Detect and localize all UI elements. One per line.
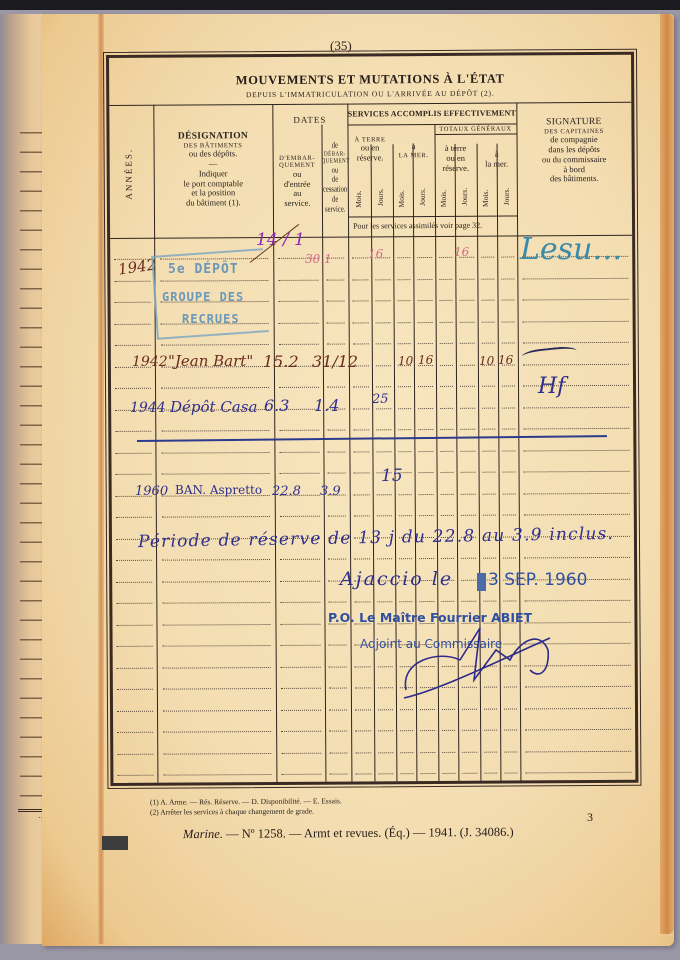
dot-leader [376, 322, 391, 323]
entry-4-embarquement: 22.8 [272, 484, 301, 499]
dot-leader [355, 666, 371, 667]
dot-leader [419, 472, 434, 473]
dot-leader [398, 343, 411, 344]
entry-4-debarquement: 3.9 [320, 484, 341, 499]
dot-leader [352, 257, 368, 258]
dot-leader [161, 430, 269, 432]
dot-leader [484, 751, 497, 752]
dot-leader [117, 732, 153, 733]
dot-leader [460, 321, 475, 322]
dot-leader [460, 407, 475, 408]
dot-leader [483, 601, 496, 602]
dot-leader [461, 601, 476, 602]
totaux-mer-line: la mer. [477, 159, 517, 169]
dot-leader [418, 451, 433, 452]
dot-leader [462, 773, 477, 774]
dot-leader [502, 386, 515, 387]
dot-leader [439, 257, 452, 258]
dot-leader [502, 450, 515, 451]
dot-leader [163, 667, 271, 669]
top-shadow [0, 0, 680, 10]
assimiles-note: Pour les services assimilés voir page 32… [353, 221, 482, 231]
stamp-line: RECRUES [182, 312, 240, 326]
dot-leader [354, 601, 370, 602]
dot-leader [440, 300, 453, 301]
dot-leader [502, 343, 515, 344]
dot-leader [417, 279, 432, 280]
dot-leader [280, 516, 320, 517]
a-terre-line: réserve. [348, 153, 393, 163]
dot-leader [523, 428, 629, 430]
dot-leader [482, 321, 495, 322]
dot-leader [163, 731, 271, 733]
dot-leader [398, 408, 411, 409]
header-totaux-mer: à la mer. [477, 149, 517, 169]
totaux-rule [434, 133, 516, 135]
dot-leader [419, 515, 434, 516]
dot-leader [279, 387, 319, 388]
dot-leader [418, 322, 433, 323]
dot-leader [163, 645, 271, 647]
header-signature: SIGNATURE DES CAPITAINES de compagnie da… [516, 117, 631, 185]
dot-leader [503, 558, 516, 559]
ruled-line [112, 600, 634, 603]
dot-leader [441, 493, 454, 494]
dot-leader [281, 688, 321, 689]
dot-leader [439, 278, 452, 279]
dot-leader [327, 430, 345, 431]
dot-leader [377, 515, 392, 516]
dot-leader [115, 388, 151, 389]
dot-leader [482, 407, 495, 408]
dot-leader [163, 753, 271, 755]
mois-label: Mois. [397, 190, 406, 207]
dot-leader [329, 709, 347, 710]
dot-leader [482, 300, 495, 301]
header-debarquement: de DÉBAR- QUEMENT ou de cessation de ser… [322, 141, 349, 215]
dot-leader [279, 344, 319, 345]
ruled-line [113, 772, 635, 775]
entry-4-designation: BAN. Aspretto [175, 483, 262, 497]
dot-leader [440, 407, 453, 408]
dot-leader [163, 688, 271, 690]
footer-marine: Marine. [183, 827, 223, 841]
dot-leader [115, 323, 151, 324]
dot-leader [482, 386, 495, 387]
date-stamp-mark [477, 573, 486, 591]
dot-leader [482, 450, 495, 451]
dot-leader [162, 473, 270, 475]
dot-leader [378, 709, 393, 710]
debarquement-line: DÉBAR- [322, 150, 349, 158]
dot-leader [440, 321, 453, 322]
dot-leader [461, 493, 476, 494]
dot-leader [420, 730, 435, 731]
dot-leader [280, 580, 320, 581]
dot-leader [162, 624, 270, 626]
header-a-la-mer: à LA MER. [393, 142, 435, 159]
dot-leader [329, 752, 347, 753]
dot-leader [398, 322, 411, 323]
dot-leader [503, 515, 516, 516]
dot-leader [353, 386, 369, 387]
dot-leader [354, 558, 370, 559]
dot-leader [116, 603, 152, 604]
dot-leader [116, 624, 152, 625]
dot-leader [482, 429, 495, 430]
dot-leader [441, 472, 454, 473]
dot-leader [281, 666, 321, 667]
dot-leader [279, 451, 319, 452]
dot-leader [161, 452, 269, 454]
dot-leader [115, 345, 151, 346]
dot-leader [399, 494, 412, 495]
entry-3-terre-jours: 25 [372, 392, 389, 407]
dot-leader [502, 429, 515, 430]
dot-leader [524, 514, 630, 516]
dot-leader [525, 772, 631, 774]
header-services: SERVICES ACCOMPLIS EFFECTIVEMENT [347, 108, 516, 118]
dot-leader [483, 493, 496, 494]
designation-line: DÉSIGNATION [153, 131, 272, 143]
embarquement-line: service. [273, 199, 322, 209]
dot-leader [326, 279, 344, 280]
dot-leader [524, 600, 630, 602]
header-annees: ANNÉES. [124, 148, 134, 200]
date-stamp: 3 SEP. 1960 [488, 570, 587, 590]
ruled-line [113, 750, 635, 753]
footer-reference: — Nº 1258. — Armt et revues. (Éq.) — 194… [223, 825, 514, 841]
dot-leader [353, 322, 369, 323]
dot-leader [117, 710, 153, 711]
dot-leader [442, 751, 455, 752]
dot-leader [281, 774, 321, 775]
dot-leader [462, 751, 477, 752]
ruled-line [112, 471, 634, 474]
dot-leader [376, 365, 391, 366]
dot-leader [354, 515, 370, 516]
totaux-terre-line: réserve. [435, 163, 477, 173]
ruled-line [111, 428, 633, 431]
dot-leader [375, 279, 390, 280]
ruled-line [111, 342, 633, 345]
dot-leader [378, 730, 393, 731]
dot-leader [377, 494, 392, 495]
stamp-line: GROUPE DES [162, 290, 244, 304]
dot-leader [279, 301, 319, 302]
header-totaux: TOTAUX GÉNÉRAUX [434, 125, 516, 133]
dot-leader [161, 387, 269, 389]
dot-leader [504, 730, 517, 731]
dot-leader [525, 750, 631, 752]
dot-leader [460, 343, 475, 344]
dot-leader [280, 623, 320, 624]
dot-leader [378, 773, 393, 774]
dot-leader [376, 343, 391, 344]
designation-line: du bâtiment (1). [154, 198, 273, 208]
dot-leader [117, 646, 153, 647]
dot-leader [329, 688, 347, 689]
dot-leader [481, 257, 494, 258]
entry-3-year: 1944 [130, 400, 166, 416]
a-la-mer-line: LA MER. [393, 152, 435, 160]
dot-leader [115, 302, 151, 303]
dot-leader [329, 731, 347, 732]
dot-leader [504, 751, 517, 752]
dot-leader [397, 257, 410, 258]
entry-2-embarquement: 15.2 [263, 352, 299, 371]
entry-1-signature: Lesu… [520, 232, 622, 267]
dot-leader [378, 666, 393, 667]
entry-3-signature: Hf [538, 374, 565, 399]
entry-2-totaux-mer-mois: 10 [479, 354, 494, 368]
dot-leader [441, 601, 454, 602]
dot-leader [329, 666, 347, 667]
entry-1-totaux-terre-jours: 16 [454, 245, 469, 259]
dot-leader [328, 516, 346, 517]
dot-leader [328, 473, 346, 474]
dot-leader [462, 730, 477, 731]
debarquement-line: de [322, 141, 349, 151]
dot-leader [398, 386, 411, 387]
dot-leader [116, 560, 152, 561]
dot-leader [376, 386, 391, 387]
dot-leader [397, 279, 410, 280]
place-date: Ajaccio le [340, 568, 453, 590]
stamp-line: 5e DÉPÔT [168, 262, 239, 277]
dot-leader [522, 277, 628, 279]
dot-leader [460, 450, 475, 451]
entry-2-mer-jours: 16 [418, 353, 433, 367]
dot-leader [440, 450, 453, 451]
dot-leader [116, 517, 152, 518]
dot-leader [399, 515, 412, 516]
header-a-terre: À TERRE ou en réserve. [348, 136, 393, 163]
dot-leader [503, 472, 516, 473]
dot-leader [353, 408, 369, 409]
jours-label: Jours. [460, 188, 469, 206]
dot-leader [461, 579, 476, 580]
dot-leader [162, 581, 270, 583]
dot-leader [441, 558, 454, 559]
dot-leader [376, 408, 391, 409]
dot-leader [503, 601, 516, 602]
signature-line: SIGNATURE [516, 117, 631, 129]
dot-leader [460, 429, 475, 430]
dot-leader [502, 300, 515, 301]
footnotes: (1) A. Arme. — Rés. Réserve. — D. Dispon… [150, 796, 342, 817]
entry-4-year: 1960 [135, 484, 168, 499]
dot-leader [329, 774, 347, 775]
dot-leader [280, 559, 320, 560]
dot-leader [525, 729, 631, 731]
dot-leader [523, 299, 629, 301]
dot-leader [418, 386, 433, 387]
dot-leader [482, 343, 495, 344]
dot-leader [501, 278, 514, 279]
signature-line: des bâtiments. [517, 174, 632, 184]
entry-2-totaux-mer-jours: 16 [498, 353, 513, 367]
dot-leader [377, 558, 392, 559]
entry-2-debarquement: 31/12 [312, 352, 358, 371]
dot-leader [281, 709, 321, 710]
header-rule [109, 102, 631, 106]
dot-leader [280, 602, 320, 603]
entry-2-year: 1942 [132, 354, 168, 370]
mois-label: Mois. [354, 190, 363, 207]
dot-leader [523, 320, 629, 322]
dot-leader [417, 257, 432, 258]
dot-leader [523, 406, 629, 408]
dot-leader [461, 558, 476, 559]
dot-leader [398, 429, 411, 430]
header-totaux-terre: à terre ou en réserve. [435, 144, 477, 174]
dot-leader [483, 515, 496, 516]
dot-leader [327, 344, 345, 345]
entry-2-designation: "Jean Bart" [168, 352, 253, 370]
dot-leader [327, 451, 345, 452]
jours-label: Jours. [376, 188, 385, 206]
dot-leader [420, 773, 435, 774]
dot-leader [281, 731, 321, 732]
dot-leader [502, 407, 515, 408]
dot-leader [329, 645, 347, 646]
dot-leader [440, 364, 453, 365]
dot-leader [116, 581, 152, 582]
dot-leader [327, 322, 345, 323]
dot-leader [328, 602, 346, 603]
dot-leader [441, 515, 454, 516]
dot-leader [524, 492, 630, 494]
dot-leader [355, 730, 371, 731]
dot-leader [440, 343, 453, 344]
dot-leader [162, 516, 270, 518]
dot-leader [376, 300, 391, 301]
dot-leader [484, 773, 497, 774]
mois-label: Mois. [439, 190, 448, 207]
entry-1-debarquement: 30.1 [305, 252, 332, 266]
dot-leader [483, 472, 496, 473]
page-edge [660, 14, 674, 934]
page-number-top: (35) [330, 38, 352, 54]
dot-leader [440, 386, 453, 387]
dot-leader [378, 752, 393, 753]
dot-leader [117, 775, 153, 776]
dot-leader [440, 429, 453, 430]
dot-leader [279, 430, 319, 431]
dot-leader [115, 431, 151, 432]
debarquement-line: service. [322, 204, 349, 214]
entry-4-terre-jours: 15 [381, 466, 403, 486]
dot-leader [280, 473, 320, 474]
dot-leader [442, 730, 455, 731]
entry-1-terre-jours: 16 [368, 247, 383, 261]
footnote-2: (2) Arrêter les services à chaque change… [150, 806, 342, 817]
a-la-mer-line: à [393, 142, 435, 152]
dot-leader [163, 774, 271, 776]
dot-leader [328, 559, 346, 560]
dot-leader [278, 279, 318, 280]
dot-leader [419, 601, 434, 602]
entry-3-designation: Dépôt Casa [170, 398, 257, 416]
dot-leader [523, 363, 629, 365]
dot-leader [378, 687, 393, 688]
dot-leader [523, 342, 629, 344]
dot-leader [115, 452, 151, 453]
page-fold [98, 14, 104, 944]
table-title: MOUVEMENTS ET MUTATIONS À L'ÉTAT [109, 71, 631, 89]
dot-leader [162, 602, 270, 604]
dot-leader [327, 301, 345, 302]
dot-leader [353, 451, 369, 452]
dot-leader [162, 559, 270, 561]
dot-leader [327, 387, 345, 388]
dot-leader [418, 300, 433, 301]
dot-leader [117, 753, 153, 754]
ruled-line [111, 449, 633, 452]
dot-leader [376, 429, 391, 430]
entry-1-embarquement: 14 / 1 [256, 230, 305, 250]
dot-leader [355, 752, 371, 753]
dot-leader [524, 557, 630, 559]
dot-leader [504, 773, 517, 774]
dot-leader [376, 451, 391, 452]
dot-leader [355, 773, 371, 774]
dot-leader [114, 280, 150, 281]
dot-leader [419, 494, 434, 495]
dot-leader [524, 471, 630, 473]
ruled-line [112, 514, 634, 517]
dot-leader [400, 773, 413, 774]
entry-3-embarquement: 6.3 [264, 396, 289, 415]
dot-leader [418, 343, 433, 344]
mois-jours-rule [348, 215, 517, 217]
page-number-bottom: 3 [587, 810, 593, 825]
dot-leader [418, 429, 433, 430]
entry-2-mer-mois: 10 [398, 354, 413, 368]
dot-leader [352, 279, 368, 280]
dot-leader [460, 386, 475, 387]
bookmark-tab [102, 836, 128, 850]
dot-leader [459, 278, 474, 279]
header-embarquement: D'EMBAR- QUEMENT ou d'entrée au service. [273, 155, 322, 209]
dot-leader [355, 687, 371, 688]
dot-leader [461, 515, 476, 516]
dot-leader [418, 408, 433, 409]
header-designation: DÉSIGNATION DES BÂTIMENTS ou des dépôts.… [153, 131, 272, 209]
dot-leader [419, 558, 434, 559]
dot-leader [481, 278, 494, 279]
ruled-line [112, 557, 634, 560]
dot-leader [377, 601, 392, 602]
dot-leader [116, 474, 152, 475]
officer-signature [400, 620, 560, 710]
dot-leader [353, 343, 369, 344]
dot-leader [281, 645, 321, 646]
dot-leader [420, 752, 435, 753]
dot-leader [400, 752, 413, 753]
dot-leader [117, 667, 153, 668]
dot-leader [353, 429, 369, 430]
dot-leader [399, 601, 412, 602]
dot-leader [483, 558, 496, 559]
dot-leader [523, 449, 629, 451]
header-dates: DATES [272, 115, 347, 126]
print-footer: Marine. — Nº 1258. — Armt et revues. (Éq… [183, 825, 514, 842]
dot-leader [354, 472, 370, 473]
dot-leader [398, 451, 411, 452]
dot-leader [279, 322, 319, 323]
